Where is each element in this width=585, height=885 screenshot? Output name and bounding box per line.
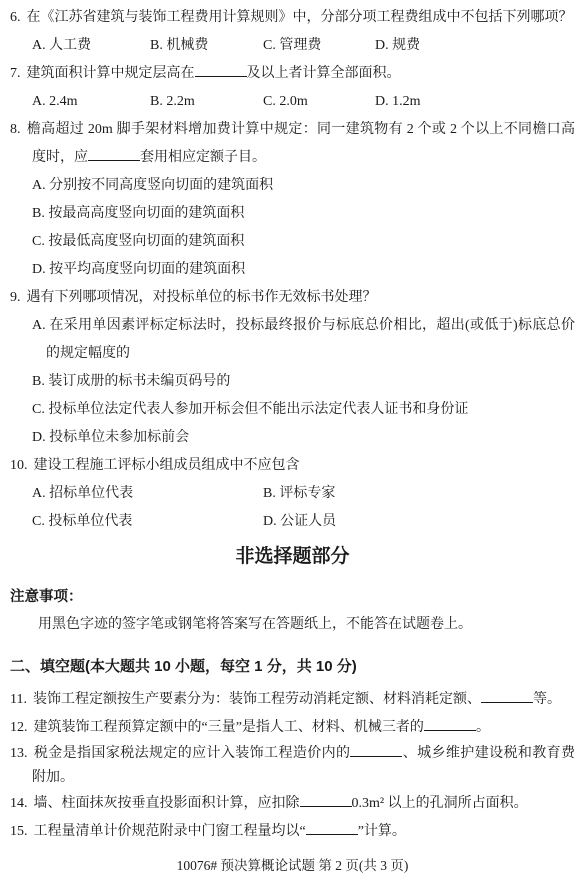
stem-pre: 建筑面积计算中规定层高在	[27, 66, 195, 81]
stem-post: ”计算。	[358, 824, 406, 839]
question-11: 11.装饰工程定额按生产要素分为：装饰工程劳动消耗定额、材料消耗定额、等。	[10, 686, 575, 714]
question-12: 12.建筑装饰工程预算定额中的“三量”是指人工、材料、机械三者的。	[10, 714, 575, 742]
exam-page: 6.在《江苏省建筑与装饰工程费用计算规则》中，分部分项工程费组成中不包括下列哪项…	[0, 0, 585, 885]
stem-pre: 工程量清单计价规范附录中门窗工程量均以“	[34, 824, 306, 839]
stem-post: 等。	[533, 692, 561, 707]
question-number: 6.	[10, 10, 21, 25]
blank-underline	[350, 743, 402, 757]
question-number: 11.	[10, 692, 27, 707]
option-d: D. 投标单位未参加标前会	[32, 424, 575, 452]
question-number: 12.	[10, 720, 28, 735]
fill-questions: 11.装饰工程定额按生产要素分为：装饰工程劳动消耗定额、材料消耗定额、等。 12…	[10, 686, 575, 846]
blank-underline	[195, 63, 247, 77]
stem-post: 0.3m² 以上的孔洞所占面积。	[352, 796, 528, 811]
stem-post: 及以上者计算全部面积。	[247, 66, 401, 81]
blank-underline	[88, 147, 140, 161]
question-8-options: A. 分别按不同高度竖向切面的建筑面积 B. 按最高高度竖向切面的建筑面积 C.…	[32, 172, 575, 284]
question-10-stem: 10.建设工程施工评标小组成员组成中不应包含	[10, 452, 575, 480]
section-heading-non-choice: 非选择题部分	[10, 542, 575, 572]
option-d: D. 规费	[375, 32, 575, 60]
question-9-stem: 9.遇有下列哪项情况，对投标单位的标书作无效标书处理？	[10, 284, 575, 312]
question-number: 15.	[10, 824, 28, 839]
blank-underline	[481, 689, 533, 703]
option-b: B. 机械费	[150, 32, 263, 60]
stem-post: 套用相应定额子目。	[140, 150, 266, 165]
question-15: 15.工程量清单计价规范附录中门窗工程量均以“”计算。	[10, 818, 575, 846]
option-a: A. 分别按不同高度竖向切面的建筑面积	[32, 172, 575, 200]
question-8: 8.檐高超过 20m 脚手架材料增加费计算中规定：同一建筑物有 2 个或 2 个…	[10, 116, 575, 284]
question-text: 在《江苏省建筑与装饰工程费用计算规则》中，分部分项工程费组成中不包括下列哪项？	[27, 10, 573, 25]
option-d: D. 公证人员	[263, 508, 575, 536]
stem-pre: 墙、柱面抹灰按垂直投影面积计算，应扣除	[34, 796, 300, 811]
question-text: 建设工程施工评标小组成员组成中不应包含	[34, 458, 300, 473]
question-6-stem: 6.在《江苏省建筑与装饰工程费用计算规则》中，分部分项工程费组成中不包括下列哪项…	[10, 4, 575, 32]
option-c: C. 投标单位法定代表人参加开标会但不能出示法定代表人证书和身份证	[32, 396, 575, 424]
stem-pre: 装饰工程定额按生产要素分为：装饰工程劳动消耗定额、材料消耗定额、	[33, 692, 481, 707]
option-a: A. 人工费	[32, 32, 150, 60]
question-6-options: A. 人工费 B. 机械费 C. 管理费 D. 规费	[32, 32, 575, 60]
option-a: A. 在采用单因素评标定标法时，投标最终报价与标底总价相比，超出(或低于)标底总…	[32, 312, 575, 368]
option-a: A. 招标单位代表	[32, 480, 263, 508]
option-c: C. 投标单位代表	[32, 508, 263, 536]
question-14: 14.墙、柱面抹灰按垂直投影面积计算，应扣除0.3m² 以上的孔洞所占面积。	[10, 790, 575, 818]
fill-section-title: 二、填空题(本大题共 10 小题，每空 1 分，共 10 分)	[10, 653, 575, 681]
question-10: 10.建设工程施工评标小组成员组成中不应包含 A. 招标单位代表 B. 评标专家…	[10, 452, 575, 536]
question-8-stem: 8.檐高超过 20m 脚手架材料增加费计算中规定：同一建筑物有 2 个或 2 个…	[10, 116, 575, 172]
question-6: 6.在《江苏省建筑与装饰工程费用计算规则》中，分部分项工程费组成中不包括下列哪项…	[10, 4, 575, 60]
option-b: B. 2.2m	[150, 88, 263, 116]
stem-post: 。	[476, 720, 490, 735]
stem-pre: 税金是指国家税法规定的应计入装饰工程造价内的	[34, 746, 351, 761]
question-number: 8.	[10, 122, 21, 137]
question-7-options: A. 2.4m B. 2.2m C. 2.0m D. 1.2m	[32, 88, 575, 116]
stem-pre: 建筑装饰工程预算定额中的“三量”是指人工、材料、机械三者的	[34, 720, 424, 735]
question-10-options: A. 招标单位代表 B. 评标专家 C. 投标单位代表 D. 公证人员	[32, 480, 575, 536]
notice-body: 用黑色字迹的签字笔或钢笔将答案写在答题纸上，不能答在试题卷上。	[38, 611, 575, 639]
option-b: B. 评标专家	[263, 480, 575, 508]
blank-underline	[424, 717, 476, 731]
option-d: D. 1.2m	[375, 88, 575, 116]
question-number: 9.	[10, 290, 21, 305]
option-c: C. 按最低高度竖向切面的建筑面积	[32, 228, 575, 256]
question-9: 9.遇有下列哪项情况，对投标单位的标书作无效标书处理？ A. 在采用单因素评标定…	[10, 284, 575, 452]
notice-title: 注意事项：	[10, 583, 575, 611]
option-c: C. 管理费	[263, 32, 375, 60]
question-number: 7.	[10, 66, 21, 81]
question-text: 遇有下列哪项情况，对投标单位的标书作无效标书处理？	[27, 290, 377, 305]
page-footer: 10076# 预决算概论试题 第 2 页(共 3 页)	[10, 852, 575, 880]
option-b: B. 按最高高度竖向切面的建筑面积	[32, 200, 575, 228]
question-number: 13.	[10, 746, 28, 761]
option-b: B. 装订成册的标书未编页码号的	[32, 368, 575, 396]
option-a: A. 2.4m	[32, 88, 150, 116]
question-number: 10.	[10, 458, 28, 473]
question-9-options: A. 在采用单因素评标定标法时，投标最终报价与标底总价相比，超出(或低于)标底总…	[32, 312, 575, 452]
option-d: D. 按平均高度竖向切面的建筑面积	[32, 256, 575, 284]
question-7: 7.建筑面积计算中规定层高在及以上者计算全部面积。 A. 2.4m B. 2.2…	[10, 60, 575, 116]
blank-underline	[306, 821, 358, 835]
blank-underline	[300, 793, 352, 807]
option-c: C. 2.0m	[263, 88, 375, 116]
question-13: 13.税金是指国家税法规定的应计入装饰工程造价内的、城乡维护建设税和教育费附加。	[10, 742, 575, 790]
question-number: 14.	[10, 796, 28, 811]
question-7-stem: 7.建筑面积计算中规定层高在及以上者计算全部面积。	[10, 60, 575, 88]
